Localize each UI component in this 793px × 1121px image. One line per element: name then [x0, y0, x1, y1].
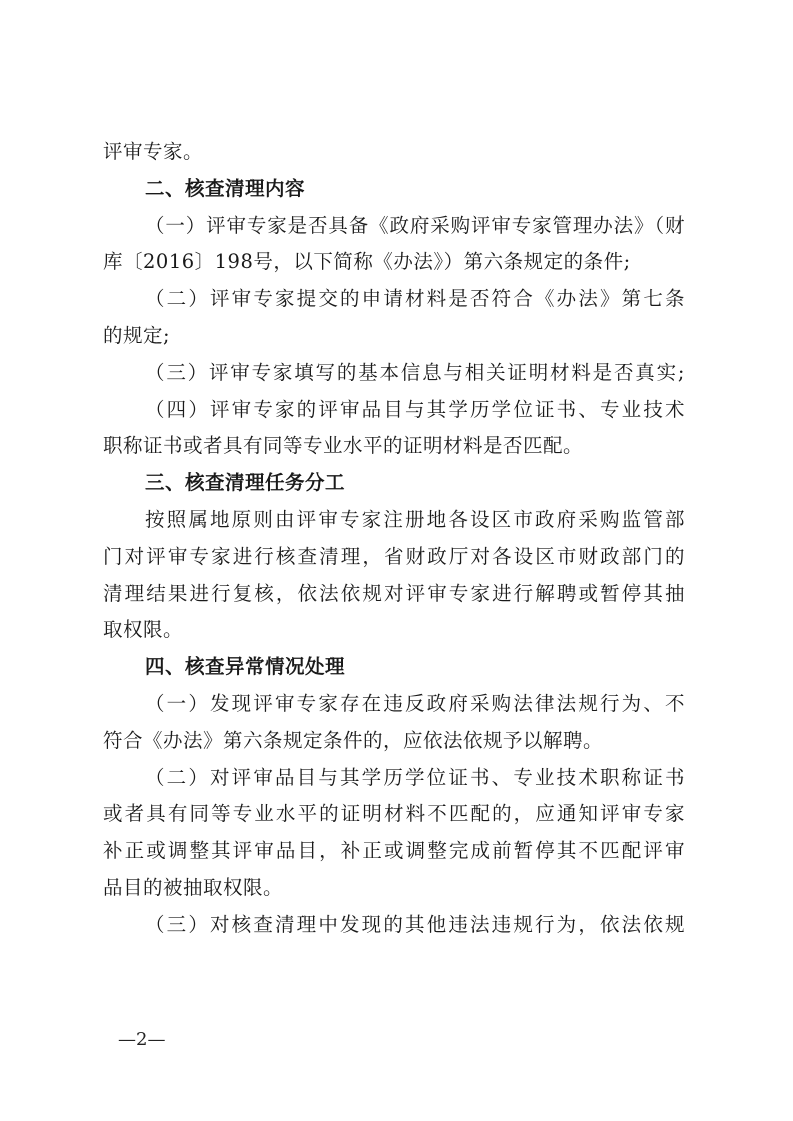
paragraph-line: 按照属地原则由评审专家注册地各设区市政府采购监管部: [103, 502, 685, 539]
page-number: —2—: [118, 1029, 165, 1050]
paragraph-line: 门对评审专家进行核查清理，省财政厅对各设区市财政部门的: [103, 539, 685, 576]
section-heading-2: 二、核查清理内容: [103, 171, 685, 208]
paragraph-line: （三）对核查清理中发现的其他违法违规行为，依法依规: [103, 907, 685, 944]
paragraph-line: （三）评审专家填写的基本信息与相关证明材料是否真实;: [103, 355, 685, 392]
paragraph-line: 的规定;: [103, 318, 685, 355]
paragraph-line: （一）评审专家是否具备《政府采购评审专家管理办法》（财: [103, 208, 685, 245]
paragraph-line: （二）对评审品目与其学历学位证书、专业技术职称证书: [103, 760, 685, 797]
paragraph-line: （一）发现评审专家存在违反政府采购法律法规行为、不: [103, 686, 685, 723]
paragraph-line: 取权限。: [103, 612, 685, 649]
paragraph-line: （二）评审专家提交的申请材料是否符合《办法》第七条: [103, 281, 685, 318]
paragraph-line: 或者具有同等专业水平的证明材料不匹配的，应通知评审专家: [103, 796, 685, 833]
paragraph-line: 品目的被抽取权限。: [103, 870, 685, 907]
paragraph-line: 补正或调整其评审品目，补正或调整完成前暂停其不匹配评审: [103, 833, 685, 870]
section-heading-3: 三、核查清理任务分工: [103, 465, 685, 502]
document-body: 评审专家。 二、核查清理内容 （一）评审专家是否具备《政府采购评审专家管理办法》…: [103, 134, 685, 944]
paragraph-line: 职称证书或者具有同等专业水平的证明材料是否匹配。: [103, 428, 685, 465]
section-heading-4: 四、核查异常情况处理: [103, 649, 685, 686]
paragraph-line: 清理结果进行复核，依法依规对评审专家进行解聘或暂停其抽: [103, 576, 685, 613]
paragraph-line: 库〔2016〕198号，以下简称《办法》）第六条规定的条件;: [103, 244, 685, 281]
paragraph-line: （四）评审专家的评审品目与其学历学位证书、专业技术: [103, 392, 685, 429]
paragraph-line: 符合《办法》第六条规定条件的，应依法依规予以解聘。: [103, 723, 685, 760]
paragraph-line: 评审专家。: [103, 134, 685, 171]
